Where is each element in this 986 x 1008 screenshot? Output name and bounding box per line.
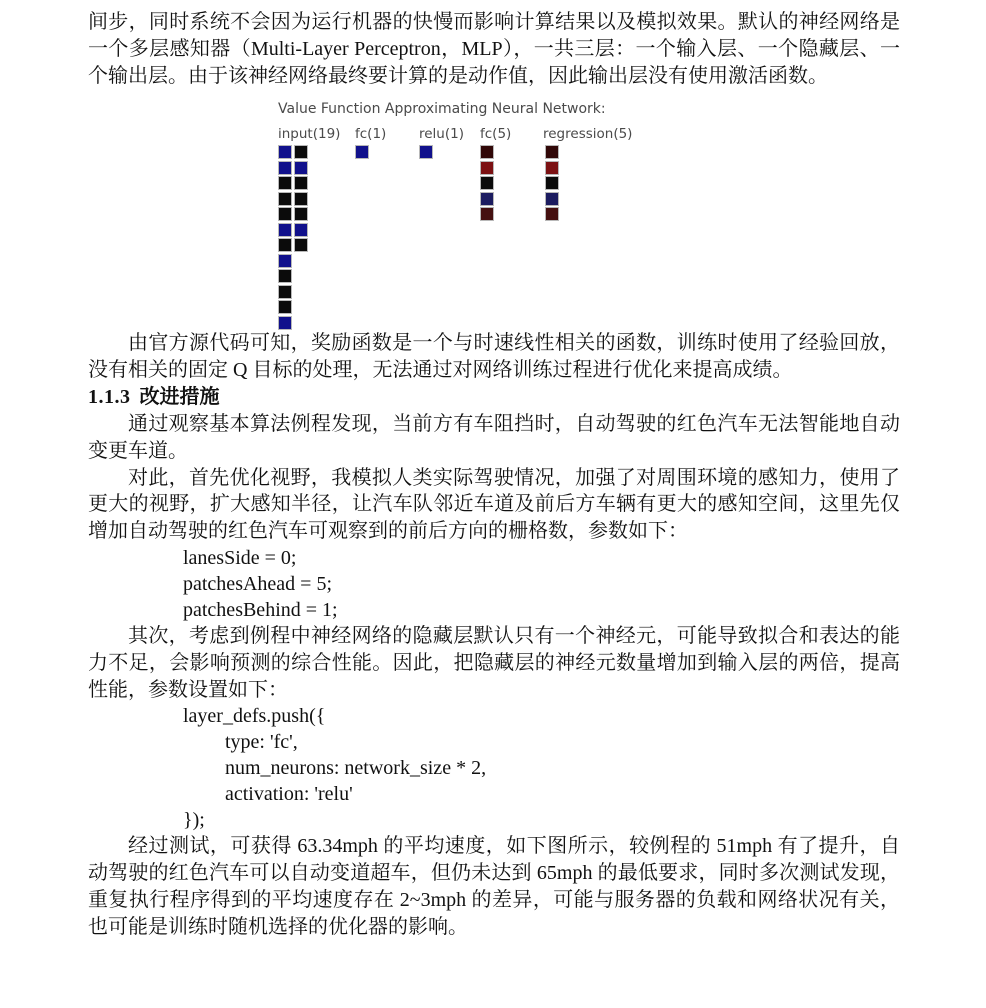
code-line-num-neurons: num_neurons: network_size * 2, — [88, 755, 900, 781]
code-line-layer-defs-push: layer_defs.push({ — [88, 703, 900, 729]
activation-square — [480, 145, 494, 159]
activation-square — [294, 176, 308, 190]
activation-square — [545, 176, 559, 190]
layer-label-regression-5: regression(5) — [543, 126, 632, 142]
paragraph-mlp-description: 间步，同时系统不会因为运行机器的快慢而影响计算结果以及模拟效果。默认的神经网络是… — [88, 9, 900, 89]
activation-square — [278, 223, 292, 237]
nn-figure: Value Function Approximating Neural Netw… — [278, 99, 900, 326]
paragraph-observation: 通过观察基本算法例程发现，当前方有车阻挡时，自动驾驶的红色汽车无法智能地自动变更… — [88, 411, 900, 465]
activation-square — [294, 223, 308, 237]
activation-square — [278, 176, 292, 190]
section-title: 改进措施 — [140, 386, 220, 408]
activation-square — [294, 207, 308, 221]
activation-square — [294, 161, 308, 175]
activation-square — [480, 192, 494, 206]
layer-label-fc-5: fc(5) — [480, 126, 511, 142]
document-page: 间步，同时系统不会因为运行机器的快慢而影响计算结果以及模拟效果。默认的神经网络是… — [0, 0, 986, 1008]
section-number: 1.1.3 — [88, 386, 131, 408]
activation-square — [294, 238, 308, 252]
code-line-patches-behind: patchesBehind = 1; — [88, 597, 900, 623]
activation-square — [278, 207, 292, 221]
activation-square — [545, 145, 559, 159]
activation-square — [278, 285, 292, 299]
activation-square — [278, 238, 292, 252]
activation-square — [480, 207, 494, 221]
activation-square — [355, 145, 369, 159]
activation-square — [278, 316, 292, 330]
activation-square — [294, 192, 308, 206]
figure-canvas: input(19)fc(1)relu(1)fc(5)regression(5) — [278, 126, 900, 326]
code-line-lanes-side: lanesSide = 0; — [88, 545, 900, 571]
layer-label-relu-1: relu(1) — [419, 126, 464, 142]
paragraph-test-results: 经过测试，可获得 63.34mph 的平均速度，如下图所示，较例程的 51mph… — [88, 833, 900, 940]
layer-label-fc-1: fc(1) — [355, 126, 386, 142]
activation-square — [419, 145, 433, 159]
code-line-close-push: }); — [88, 807, 900, 833]
figure-title: Value Function Approximating Neural Netw… — [278, 99, 900, 119]
paragraph-hidden-layer: 其次，考虑到例程中神经网络的隐藏层默认只有一个神经元，可能导致拟合和表达的能力不… — [88, 623, 900, 703]
code-line-type-fc: type: 'fc', — [88, 729, 900, 755]
code-line-patches-ahead: patchesAhead = 5; — [88, 571, 900, 597]
paragraph-reward-function: 由官方源代码可知，奖励函数是一个与时速线性相关的函数，训练时使用了经验回放，没有… — [88, 330, 900, 384]
activation-square — [480, 161, 494, 175]
paragraph-vision-optimization: 对此，首先优化视野，我模拟人类实际驾驶情况，加强了对周围环境的感知力，使用了更大… — [88, 465, 900, 545]
activation-square — [278, 300, 292, 314]
activation-square — [278, 192, 292, 206]
page-content: 间步，同时系统不会因为运行机器的快慢而影响计算结果以及模拟效果。默认的神经网络是… — [0, 0, 986, 941]
activation-square — [545, 192, 559, 206]
code-line-activation-relu: activation: 'relu' — [88, 781, 900, 807]
section-heading: 1.1.3改进措施 — [88, 384, 900, 411]
activation-square — [545, 161, 559, 175]
activation-square — [278, 254, 292, 268]
activation-square — [278, 145, 292, 159]
layer-label-input: input(19) — [278, 126, 340, 142]
activation-square — [545, 207, 559, 221]
activation-square — [278, 269, 292, 283]
activation-square — [480, 176, 494, 190]
activation-square — [278, 161, 292, 175]
activation-square — [294, 145, 308, 159]
